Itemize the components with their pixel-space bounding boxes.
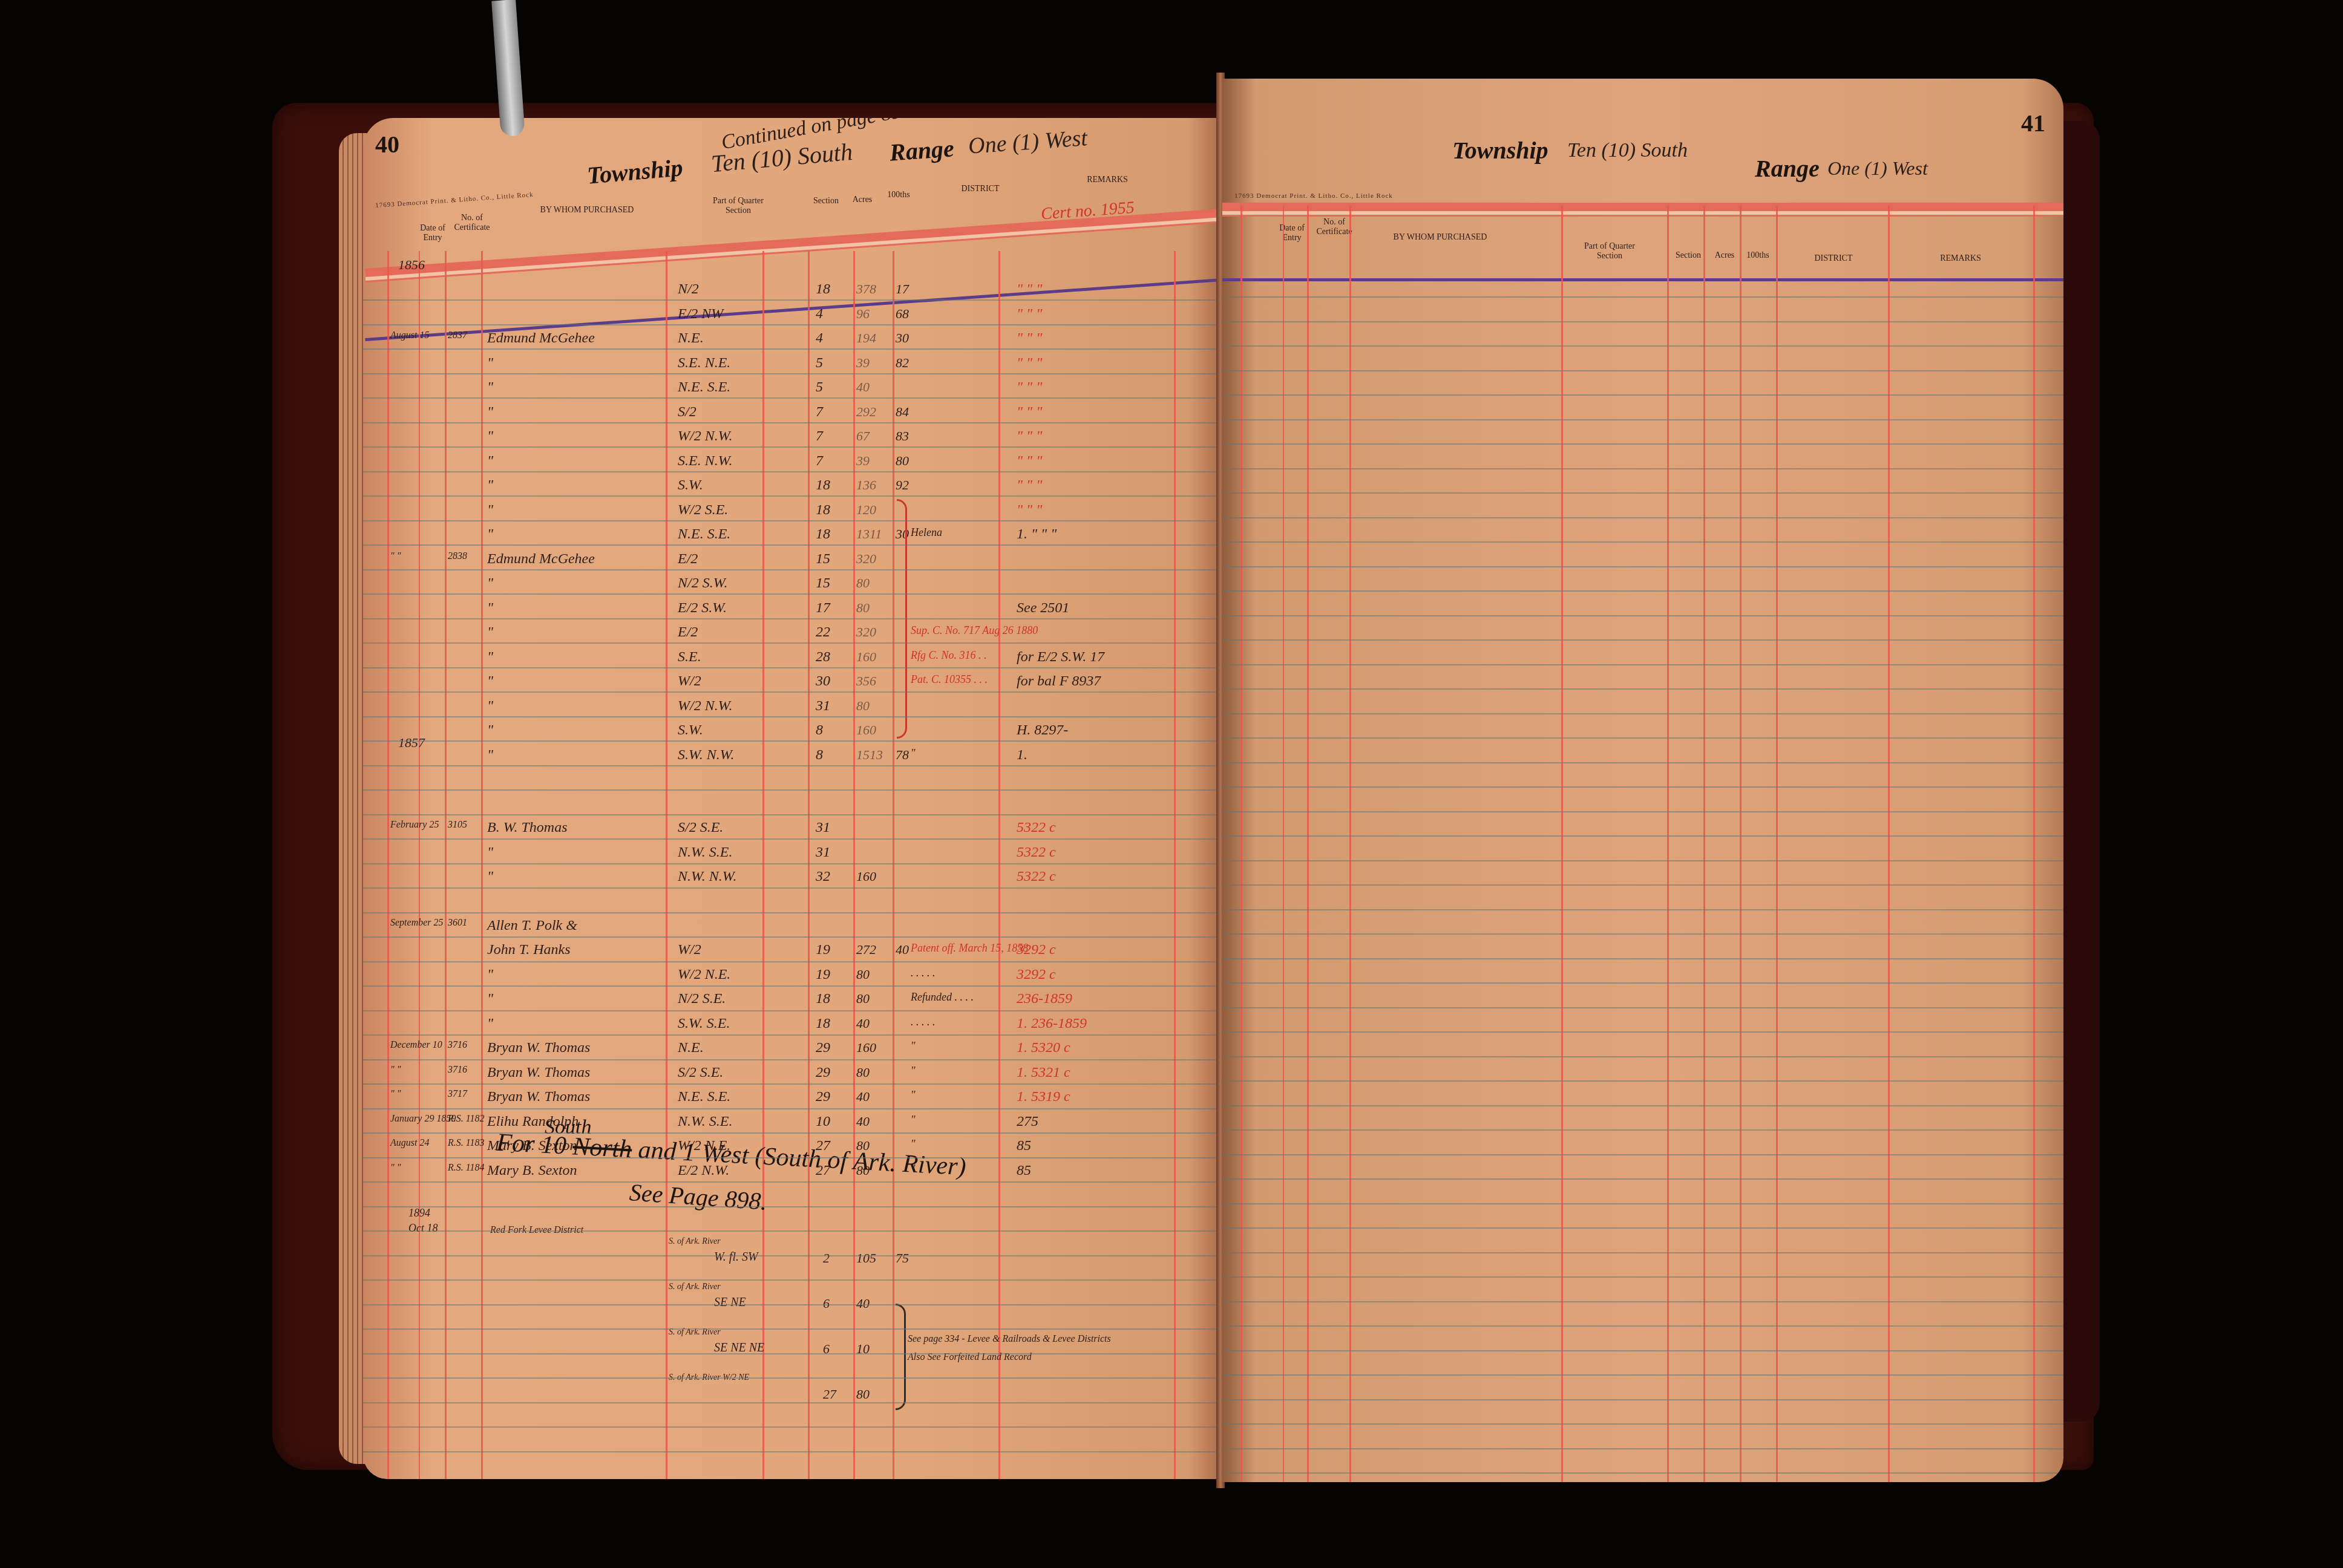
cell-remarks: " " ": [1017, 281, 1042, 298]
table-row: "W/2 S.E.18120" " ": [363, 502, 1222, 526]
cell-date: " ": [390, 1089, 401, 1100]
cell-section: 18: [816, 526, 830, 543]
row-rule: [1222, 933, 2063, 935]
cell-date: " ": [390, 551, 401, 562]
range-label: Range: [1755, 154, 1820, 183]
cell-section: 15: [816, 551, 830, 567]
row-rule: [1222, 639, 2063, 641]
cell-name: ": [487, 502, 493, 518]
cell-section: 6: [823, 1341, 830, 1357]
cell-name: ": [487, 575, 493, 592]
cell-acres: 39: [856, 355, 870, 371]
row-rule: [1222, 1423, 2063, 1425]
cell-section: 8: [816, 722, 823, 739]
cell-remarks: " " ": [1017, 453, 1042, 469]
table-row: August 152837Edmund McGeheeN.E.419430" "…: [363, 330, 1222, 354]
row-rule: [1222, 1448, 2063, 1449]
table-row: "W/230356Pat. C. 10355 . . .for bal F 89…: [363, 673, 1222, 697]
cell-part: N.W. S.E.: [678, 1114, 732, 1130]
row-rule: [1222, 1203, 2063, 1204]
row-rule: [363, 324, 1222, 325]
column-rule: [1307, 206, 1309, 1482]
table-row: "N/2 S.W.1580: [363, 575, 1222, 599]
cell-part: E/2: [678, 624, 698, 641]
cell-hundredths: 30: [896, 330, 909, 346]
row-rule: [1222, 786, 2063, 788]
row-rule: [363, 1010, 1222, 1011]
year-label: 1857: [398, 735, 425, 751]
cell-section: 7: [816, 404, 823, 420]
cell-part: N.E. S.E.: [678, 526, 730, 543]
row-rule: [1222, 688, 2063, 690]
col-header-district: DISTRICT: [1791, 254, 1876, 264]
col-header-acres: Acres: [1709, 251, 1740, 261]
table-row: September 253601Allen T. Polk &: [363, 918, 1222, 942]
table-row: "S.E. N.W.73980" " ": [363, 453, 1222, 477]
cell-remarks: 1. 5321 c: [1017, 1065, 1070, 1081]
row-rule: [1222, 1129, 2063, 1131]
range-value: One (1) West: [1827, 157, 1928, 180]
table-row: "N/2 S.E.1880Refunded . . . .236-1859: [363, 991, 1222, 1015]
cell-part: S.W.: [678, 477, 703, 494]
col-header-hundredths: 100ths: [883, 191, 914, 200]
cell-section: 18: [816, 477, 830, 494]
row-rule: [363, 716, 1222, 717]
row-rule: [363, 1255, 1222, 1256]
cell-hundredths: 75: [896, 1250, 909, 1266]
later-entry-remark-1: See page 334 - Levee & Railroads & Levee…: [908, 1334, 1111, 1345]
row-rule: [1222, 811, 2063, 812]
cell-acres: 40: [856, 379, 870, 395]
col-header-remarks: REMARKS: [1047, 175, 1168, 185]
col-header-hundredths: 100ths: [1743, 251, 1773, 261]
cell-district: Rfg C. No. 316 . .: [911, 649, 987, 662]
column-rule: [1240, 206, 1242, 1482]
table-row: "E/222320Sup. C. No. 717 Aug 26 1880: [363, 624, 1222, 648]
cell-section: 17: [816, 600, 830, 616]
row-rule: [363, 961, 1222, 962]
cell-acres: 160: [856, 869, 876, 884]
col-header-certificate: No. of Certificate: [454, 214, 490, 233]
row-rule: [1222, 321, 2063, 322]
cell-section: 18: [816, 281, 830, 298]
cell-cert: 3717: [448, 1089, 467, 1100]
row-rule: [363, 1279, 1222, 1281]
row-rule: [363, 936, 1222, 938]
cell-remarks: 3292 c: [1017, 967, 1056, 983]
cell-part: N/2: [678, 281, 699, 298]
column-rule: [1561, 206, 1563, 1482]
range-value: One (1) West: [968, 125, 1089, 160]
row-rule: [1222, 1080, 2063, 1082]
row-rule: [1222, 1007, 2063, 1008]
cell-district: . . . . .: [911, 1016, 936, 1028]
cell-part: N/2 S.W.: [678, 575, 727, 592]
cell-remarks: 1. " " ": [1017, 526, 1057, 543]
cell-remarks: " " ": [1017, 306, 1042, 322]
cell-section: 22: [816, 624, 830, 641]
column-rule: [2033, 206, 2035, 1482]
cell-acres: 272: [856, 942, 876, 958]
row-rule: [1222, 443, 2063, 445]
cell-part: S.W. S.E.: [678, 1016, 730, 1032]
cell-acres: 1513: [856, 747, 883, 763]
table-row: "S/2729284" " ": [363, 404, 1222, 428]
cell-date: August 15: [390, 330, 429, 341]
cell-section: 8: [816, 747, 823, 763]
cell-district: ": [911, 1138, 916, 1151]
cell-section: 31: [816, 820, 830, 836]
row-rule: [363, 348, 1222, 350]
cell-part: W/2: [678, 673, 701, 690]
row-rule: [363, 520, 1222, 521]
table-row: "W/2 N.W.76783" " ": [363, 428, 1222, 452]
row-rule: [1222, 1325, 2063, 1327]
cell-acres: 80: [856, 1387, 870, 1402]
cell-date: August 24: [390, 1138, 429, 1149]
col-header-acres: Acres: [847, 195, 877, 205]
table-row: "W/2 N.W.3180: [363, 698, 1222, 722]
page-number: 41: [2021, 109, 2045, 137]
row-rule: [363, 1108, 1222, 1109]
row-rule: [363, 495, 1222, 497]
cell-remarks: " " ": [1017, 379, 1042, 396]
cell-section: 31: [816, 698, 830, 714]
col-header-section: Section: [1673, 251, 1703, 261]
row-rule: [1222, 1252, 2063, 1253]
cell-name: ": [487, 453, 493, 469]
row-rule: [1222, 1056, 2063, 1057]
row-rule: [363, 1083, 1222, 1085]
row-rule: [363, 912, 1222, 913]
cell-acres: 320: [856, 624, 876, 640]
row-rule: [363, 471, 1222, 472]
cell-part-note: S. of Ark. River: [669, 1237, 721, 1247]
row-rule: [1222, 982, 2063, 984]
cell-district: Helena: [911, 526, 942, 539]
cell-section: 18: [816, 991, 830, 1007]
row-rule: [363, 373, 1222, 374]
cell-remarks: " " ": [1017, 404, 1042, 420]
table-row: "N.W. S.E.315322 c: [363, 844, 1222, 869]
cell-part: E/2 NW: [678, 306, 723, 322]
row-rule: [363, 1451, 1222, 1452]
table-row: "S.E. N.E.53982" " ": [363, 355, 1222, 379]
row-rule: [1222, 1031, 2063, 1033]
cell-section: 4: [816, 330, 823, 347]
cell-name: Bryan W. Thomas: [487, 1040, 590, 1056]
cell-remarks: 5322 c: [1017, 869, 1056, 885]
cell-section: 4: [816, 306, 823, 322]
cell-district: Patent off. March 15, 1858: [911, 942, 1028, 955]
cell-remarks: 275: [1017, 1114, 1038, 1130]
row-rule: [1222, 419, 2063, 420]
table-row: January 29 1859R.S. 1182Elihu RandolphN.…: [363, 1114, 1222, 1138]
row-rule: [363, 422, 1222, 423]
cell-section: 19: [816, 967, 830, 983]
cell-section: 29: [816, 1089, 830, 1105]
row-rule: [1222, 713, 2063, 714]
row-rule: [1222, 394, 2063, 396]
cell-hundredths: 78: [896, 747, 909, 763]
cell-cert: R.S. 1182: [448, 1114, 485, 1125]
table-row: "W/2 N.E.1980. . . . .3292 c: [363, 967, 1222, 991]
row-rule: [1222, 1276, 2063, 1278]
cell-acres: 40: [856, 1089, 870, 1105]
row-rule: [1222, 468, 2063, 469]
row-rule: [363, 838, 1222, 840]
cell-section: 5: [816, 379, 823, 396]
row-rule: [363, 1353, 1222, 1354]
table-row: E/2 NW49668" " ": [363, 306, 1222, 330]
row-rule: [363, 887, 1222, 889]
cell-remarks: " " ": [1017, 502, 1042, 518]
cell-acres: 80: [856, 991, 870, 1007]
row-rule: [363, 544, 1222, 546]
row-rule: [1222, 615, 2063, 616]
column-rule: [1349, 206, 1351, 1482]
cell-name: ": [487, 600, 493, 616]
cell-part: S.E.: [678, 649, 701, 665]
cell-date: September 25: [390, 918, 444, 929]
cell-hundredths: 68: [896, 306, 909, 322]
cell-hundredths: 17: [896, 281, 909, 297]
row-rule: [1222, 664, 2063, 665]
cell-district: ": [911, 1114, 916, 1126]
cell-acres: 356: [856, 673, 876, 689]
column-rule: [1776, 206, 1778, 1482]
cell-name: ": [487, 477, 493, 494]
cell-acres: 67: [856, 428, 870, 444]
row-rule: [363, 765, 1222, 766]
cell-name: Edmund McGehee: [487, 551, 595, 567]
col-header-quarter-section: Part of Quarter Section: [702, 197, 775, 216]
ledger-page-left: 40 Continued on page 898 Township Ten (1…: [363, 118, 1222, 1479]
cell-part: W/2 N.E.: [678, 967, 730, 983]
cell-part: E/2 S.W.: [678, 600, 727, 616]
township-value: Ten (10) South: [1567, 139, 1688, 162]
table-row: "S.E.28160Rfg C. No. 316 . .for E/2 S.W.…: [363, 649, 1222, 673]
table-row: "N.W. N.W.321605322 c: [363, 869, 1222, 893]
cell-remarks: 236-1859: [1017, 991, 1072, 1007]
row-rule: [1222, 1301, 2063, 1302]
cell-district: ": [911, 1040, 916, 1053]
cell-remarks: 1. 236-1859: [1017, 1016, 1087, 1032]
page-number: 40: [375, 130, 399, 158]
col-header-remarks: REMARKS: [1900, 254, 2021, 264]
table-row: "N.E. S.E.18131130Helena1. " " ": [363, 526, 1222, 550]
cell-part: W. fl. SW: [714, 1250, 758, 1264]
table-row: S. of Ark. RiverW. fl. SW210575: [363, 1237, 1222, 1261]
cell-remarks: H. 8297-: [1017, 722, 1068, 739]
cell-remarks: 1. 5319 c: [1017, 1089, 1070, 1105]
cross-ref-struck: North: [572, 1132, 632, 1163]
cell-part: W/2 N.W.: [678, 428, 732, 445]
cell-part: S/2 S.E.: [678, 1065, 723, 1081]
cell-section: 2: [823, 1250, 830, 1266]
row-rule: [363, 299, 1222, 301]
row-rule: [1222, 296, 2063, 298]
row-rule: [363, 789, 1222, 791]
cell-name: ": [487, 404, 493, 420]
table-row: "S.W. S.E.1840. . . . .1. 236-1859: [363, 1016, 1222, 1040]
row-rule: [1222, 370, 2063, 371]
cell-section: 10: [816, 1114, 830, 1130]
cell-hundredths: 83: [896, 428, 909, 444]
row-rule: [363, 618, 1222, 619]
col-header-district: DISTRICT: [944, 185, 1017, 194]
cell-hundredths: 92: [896, 477, 909, 493]
cell-name: ": [487, 698, 493, 714]
cell-name: ": [487, 649, 493, 665]
row-rule: [363, 667, 1222, 668]
cell-section: 27: [823, 1387, 836, 1402]
cell-acres: 80: [856, 967, 870, 982]
cell-name: Edmund McGehee: [487, 330, 595, 347]
row-rule: [363, 985, 1222, 987]
cell-name: Bryan W. Thomas: [487, 1089, 590, 1105]
cell-date: January 29 1859: [390, 1114, 456, 1125]
row-rule: [1222, 762, 2063, 763]
column-rule: [1283, 206, 1284, 1482]
cell-section: 31: [816, 844, 830, 861]
row-rule: [1222, 1227, 2063, 1229]
cell-acres: 80: [856, 575, 870, 591]
row-rule: [363, 642, 1222, 644]
cell-district: Refunded . . . .: [911, 991, 974, 1004]
row-rule: [363, 740, 1222, 742]
cell-cert: 3105: [448, 820, 467, 831]
table-row: December 103716Bryan W. ThomasN.E.29160"…: [363, 1040, 1222, 1064]
cell-district: Pat. C. 10355 . . .: [911, 673, 988, 686]
township-label: Township: [1452, 136, 1548, 165]
cell-part: W/2: [678, 942, 701, 958]
cell-section: 15: [816, 575, 830, 592]
cell-name: John T. Hanks: [487, 942, 571, 958]
cell-section: 29: [816, 1065, 830, 1081]
row-rule: [363, 1304, 1222, 1305]
cell-remarks: See 2501: [1017, 600, 1069, 616]
cell-acres: 1311: [856, 526, 882, 542]
cell-name: ": [487, 673, 493, 690]
cell-part: W/2 S.E.: [678, 502, 728, 518]
row-rule: [363, 1132, 1222, 1134]
cell-part: S.W.: [678, 722, 703, 739]
table-row: "S.W.1813692" " ": [363, 477, 1222, 501]
cell-acres: 136: [856, 477, 876, 493]
township-label: Township: [586, 153, 684, 190]
cell-remarks: 85: [1017, 1138, 1031, 1154]
row-rule: [363, 814, 1222, 815]
cell-acres: 40: [856, 1016, 870, 1031]
row-rule: [1222, 1374, 2063, 1376]
column-rule: [1667, 206, 1669, 1482]
row-rule: [363, 1426, 1222, 1428]
later-entry-date: Oct 18: [408, 1222, 438, 1235]
cell-part: N.W. N.W.: [678, 869, 737, 885]
row-rule: [363, 691, 1222, 693]
column-rule: [1888, 206, 1890, 1482]
cell-cert: 2838: [448, 551, 467, 562]
row-rule: [1222, 1154, 2063, 1155]
cell-part: N.E.: [678, 1040, 704, 1056]
cell-remarks: 85: [1017, 1163, 1031, 1179]
col-header-date: Date of Entry: [411, 224, 454, 243]
cell-part: N/2 S.E.: [678, 991, 726, 1007]
table-row: February 253105B. W. ThomasS/2 S.E.31532…: [363, 820, 1222, 844]
row-rule: [363, 1377, 1222, 1379]
row-rule: [363, 593, 1222, 595]
cell-remarks: " " ": [1017, 428, 1042, 445]
row-rule: [363, 1230, 1222, 1232]
cell-section: 30: [816, 673, 830, 690]
row-rule: [363, 1206, 1222, 1207]
cell-acres: 120: [856, 502, 876, 518]
cell-acres: 80: [856, 600, 870, 616]
row-rule: [1222, 958, 2063, 959]
cell-acres: 292: [856, 404, 876, 420]
table-row: " "3717Bryan W. ThomasN.E. S.E.2940"1. 5…: [363, 1089, 1222, 1113]
col-header-purchaser: BY WHOM PURCHASED: [508, 206, 666, 215]
cell-name: Bryan W. Thomas: [487, 1065, 590, 1081]
cell-remarks: 1.: [1017, 747, 1027, 763]
cell-name: B. W. Thomas: [487, 820, 567, 836]
table-row: S. of Ark. River W/2 NE2780: [363, 1373, 1222, 1397]
cell-cert: 3716: [448, 1065, 467, 1076]
cell-acres: 194: [856, 330, 876, 346]
cell-remarks: " " ": [1017, 477, 1042, 494]
cell-remarks: for bal F 8937: [1017, 673, 1101, 690]
cell-name: ": [487, 722, 493, 739]
cell-part: N.E. S.E.: [678, 379, 730, 396]
row-rule: [1222, 1399, 2063, 1400]
cell-name: ": [487, 624, 493, 641]
table-row: S. of Ark. RiverSE NE640: [363, 1282, 1222, 1307]
cell-remarks: " " ": [1017, 355, 1042, 371]
cell-cert: 2837: [448, 330, 467, 341]
cell-part-note: S. of Ark. River: [669, 1282, 721, 1292]
cell-remarks: for E/2 S.W. 17: [1017, 649, 1104, 665]
cell-part: S.E. N.W.: [678, 453, 732, 469]
col-header-quarter-section: Part of Quarter Section: [1576, 242, 1643, 261]
cell-acres: 96: [856, 306, 870, 322]
cell-district: ": [911, 1089, 916, 1102]
row-rule: [1222, 541, 2063, 543]
cell-name: ": [487, 991, 493, 1007]
cell-section: 28: [816, 649, 830, 665]
col-header-purchaser: BY WHOM PURCHASED: [1368, 233, 1513, 243]
column-rule: [1740, 206, 1742, 1482]
cell-name: ": [487, 747, 493, 763]
cell-part: E/2: [678, 551, 698, 567]
cell-name: ": [487, 844, 493, 861]
cell-date: " ": [390, 1065, 401, 1076]
cell-section: 32: [816, 869, 830, 885]
cell-date: February 25: [390, 820, 439, 831]
row-rule: [1222, 860, 2063, 861]
cell-acres: 10: [856, 1341, 870, 1357]
row-rule: [1222, 909, 2063, 910]
table-row: "E/2 S.W.1780See 2501: [363, 600, 1222, 624]
cell-part: S/2: [678, 404, 696, 420]
cell-acres: 160: [856, 649, 876, 665]
row-rule: [1222, 1105, 2063, 1106]
row-rule: [363, 1157, 1222, 1158]
cell-section: 7: [816, 428, 823, 445]
row-rule: [363, 863, 1222, 864]
cell-acres: 160: [856, 722, 876, 738]
year-label: 1856: [398, 257, 425, 273]
